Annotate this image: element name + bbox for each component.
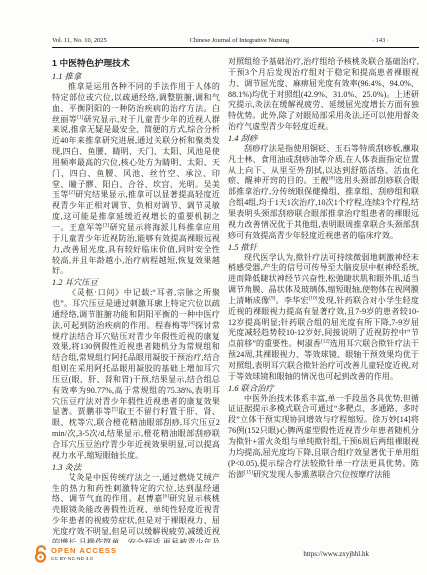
paragraph-ear-seed-pressing: 《灵枢·口问》中记载:“耳者,宗脉之所聚也”。耳穴压豆是通过刺激耳廓上特定穴位以… (52, 288, 220, 462)
subsection-heading-combined-therapy: 1.6 联合治疗 (228, 383, 419, 394)
article-columns: 1 中医特色护理技术 1.1 推拿 推拿是运用各种不同的手法作用于人体的特定部位… (52, 57, 419, 543)
website-url: https://www.zxyjhhl.hk (303, 550, 369, 558)
paragraph-tuina: 推拿是运用各种不同的手法作用于人体的特定部位或穴位,以疏通经络,调整脏腑,调和气… (52, 82, 220, 277)
paragraph-guasha: 刮痧疗法是指使用铜砭、玉石等特质刮痧板,蘸取凡士林、食用油或刮痧油等介质,在人体… (228, 144, 419, 242)
header-rule (52, 47, 419, 48)
open-access-icon (33, 545, 48, 568)
paragraph-moxibustion-part1: 艾灸是中医传统疗法之一,通过燃烧艾绒产生的热力和药性刺激特定的穴位,达到温经通络… (52, 473, 220, 543)
subsection-heading-press-needle: 1.5 揿针 (228, 242, 419, 253)
open-access-label: OPEN ACCESS (51, 547, 117, 555)
subsection-heading-guasha: 1.4 刮痧 (228, 133, 419, 144)
subsection-heading-ear-seed-pressing: 1.2 耳穴压豆 (52, 277, 220, 288)
license-label: CC BY-NC-ND 4.0 (51, 556, 117, 561)
header-page-number: · 143 · (372, 37, 389, 44)
header-journal-title: Chinese Journal of Integrative Nursing (190, 37, 289, 44)
subsection-heading-moxibustion: 1.3 灸法 (52, 462, 220, 473)
page-header: Vol. 11, No. 10, 2025 Chinese Journal of… (52, 0, 419, 44)
page-footer: OPEN ACCESS CC BY-NC-ND 4.0 https://www.… (33, 545, 417, 568)
journal-page: Vol. 11, No. 10, 2025 Chinese Journal of… (0, 0, 427, 575)
column-left: 1 中医特色护理技术 1.1 推拿 推拿是运用各种不同的手法作用于人体的特定部位… (52, 57, 220, 543)
header-volume-info: Vol. 11, No. 10, 2025 (52, 37, 107, 44)
paragraph-press-needle: 现代医学认为,揿针疗法可持续微弱地刺激神经末梢感受器,产生的信号可传导至大脑皮层… (228, 253, 419, 383)
section-heading-tcm-techniques: 1 中医特色护理技术 (52, 57, 220, 69)
paragraph-combined-therapy: 中医外治技术体系丰富,单一手段虽各具优势,但循证证据提示多模式联合可通过“多靶点… (228, 394, 419, 481)
column-right: 对照组给予基础治疗,治疗组给予核桃灸联合基础治疗,干预3个月后发现治疗组对于稳定… (228, 57, 419, 543)
subsection-heading-tuina: 1.1 推拿 (52, 71, 220, 82)
paragraph-moxibustion-part2: 对照组给予基础治疗,治疗组给予核桃灸联合基础治疗,干预3个月后发现治疗组对于稳定… (228, 57, 419, 133)
open-access-badge: OPEN ACCESS CC BY-NC-ND 4.0 (33, 545, 117, 568)
